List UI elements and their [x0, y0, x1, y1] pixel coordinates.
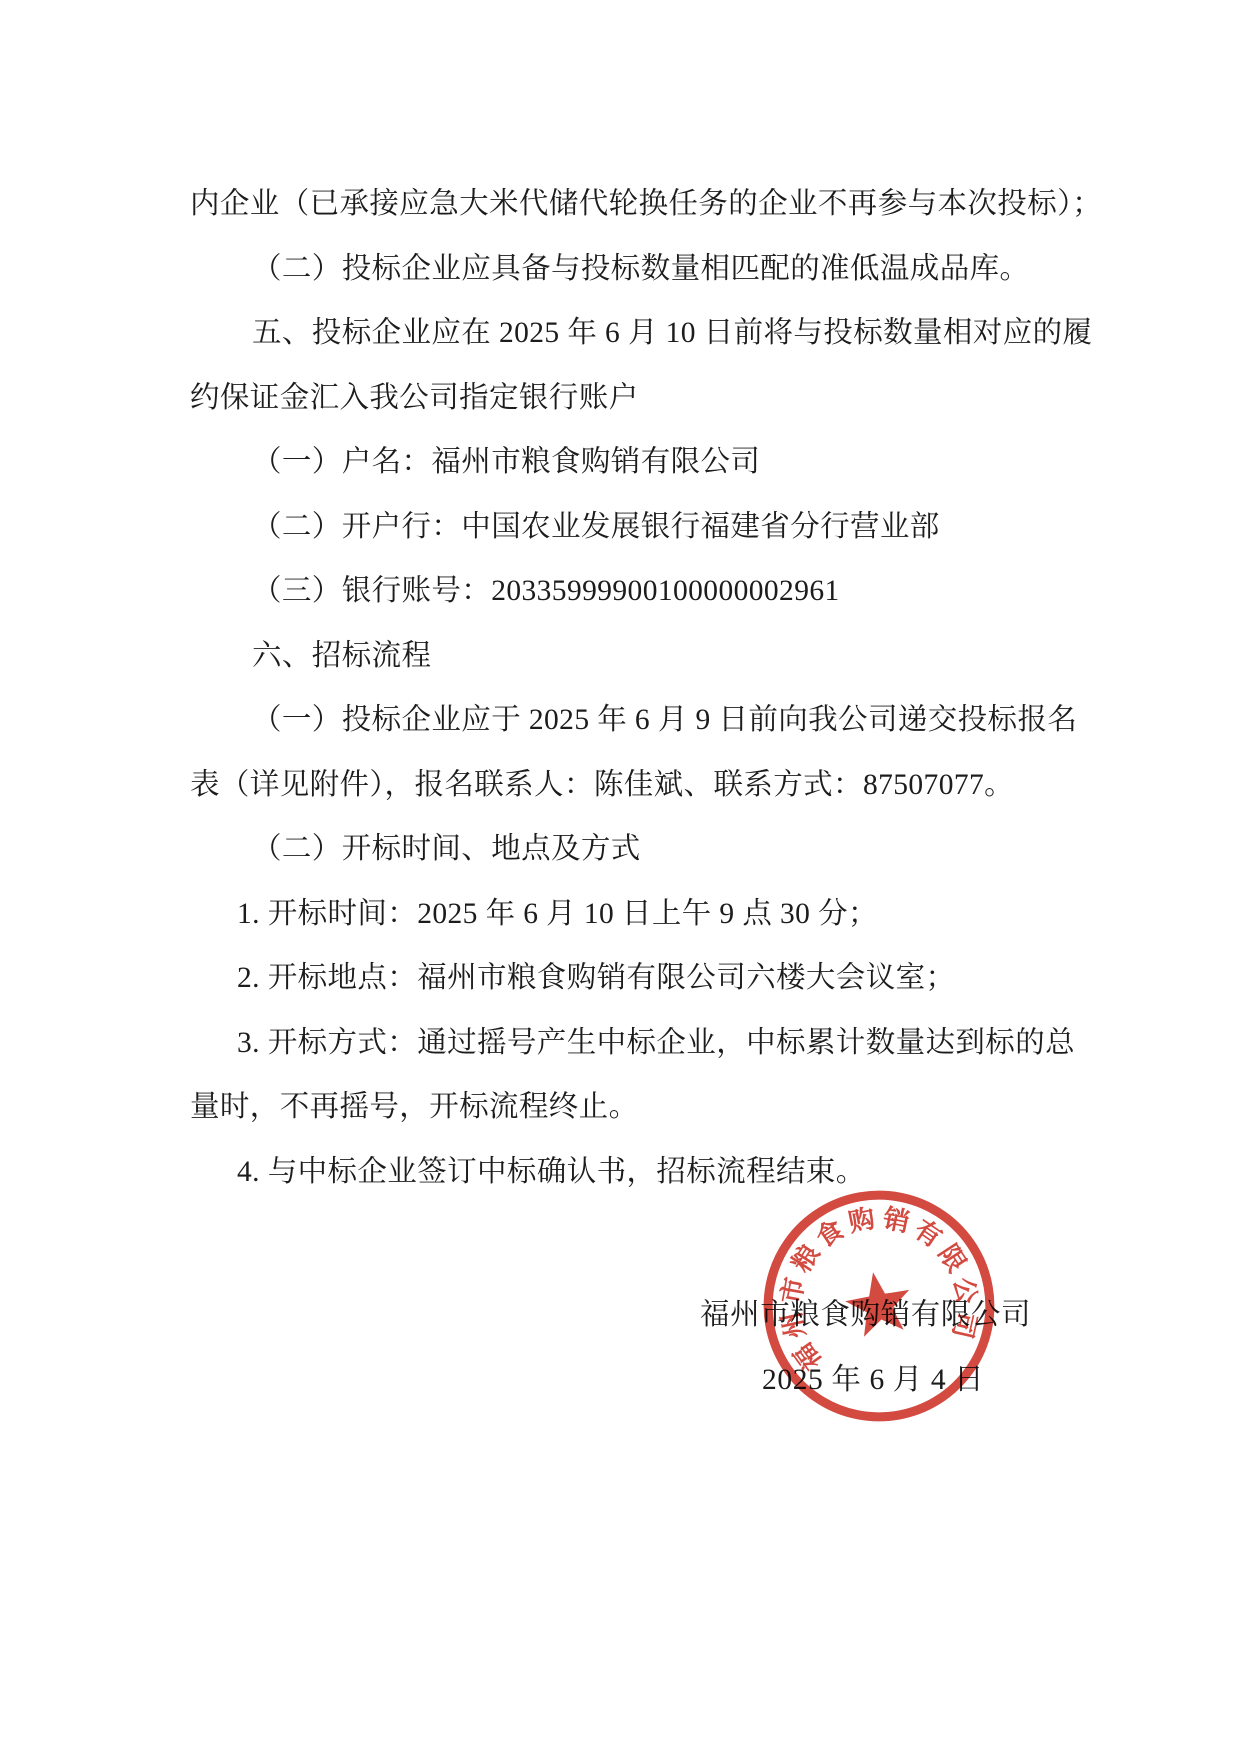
- signature-company-name: 福州市粮食购销有限公司: [700, 1283, 1031, 1348]
- body-line: 2. 开标地点：福州市粮食购销有限公司六楼大会议室；: [190, 946, 1105, 1011]
- body-line: （一）户名：福州市粮食购销有限公司: [190, 430, 1105, 495]
- body-line: 六、招标流程: [190, 624, 1105, 689]
- document-page: 内企业（已承接应急大米代储代轮换任务的企业不再参与本次投标）； （二）投标企业应…: [0, 0, 1241, 1755]
- body-line: （二）开户行：中国农业发展银行福建省分行营业部: [190, 495, 1105, 560]
- body-line: 1. 开标时间：2025 年 6 月 10 日上午 9 点 30 分；: [190, 882, 1105, 947]
- body-line: （三）银行账号：20335999900100000002961: [190, 559, 1105, 624]
- body-line: 4. 与中标企业签订中标确认书，招标流程结束。: [190, 1140, 1105, 1205]
- signature-date: 2025 年 6 月 4 日: [762, 1348, 984, 1413]
- body-line: 五、投标企业应在 2025 年 6 月 10 日前将与投标数量相对应的履: [190, 301, 1105, 366]
- body-line: 约保证金汇入我公司指定银行账户: [190, 366, 1105, 431]
- body-line: 3. 开标方式：通过摇号产生中标企业，中标累计数量达到标的总: [190, 1011, 1105, 1076]
- document-body: 内企业（已承接应急大米代储代轮换任务的企业不再参与本次投标）； （二）投标企业应…: [190, 172, 1105, 1204]
- body-line: 内企业（已承接应急大米代储代轮换任务的企业不再参与本次投标）；: [190, 172, 1105, 237]
- body-line: （二）投标企业应具备与投标数量相匹配的准低温成品库。: [190, 237, 1105, 302]
- body-line: 量时，不再摇号，开标流程终止。: [190, 1075, 1105, 1140]
- body-line: （一）投标企业应于 2025 年 6 月 9 日前向我公司递交投标报名: [190, 688, 1105, 753]
- body-line: 表（详见附件），报名联系人：陈佳斌、联系方式：87507077。: [190, 753, 1105, 818]
- body-line: （二）开标时间、地点及方式: [190, 817, 1105, 882]
